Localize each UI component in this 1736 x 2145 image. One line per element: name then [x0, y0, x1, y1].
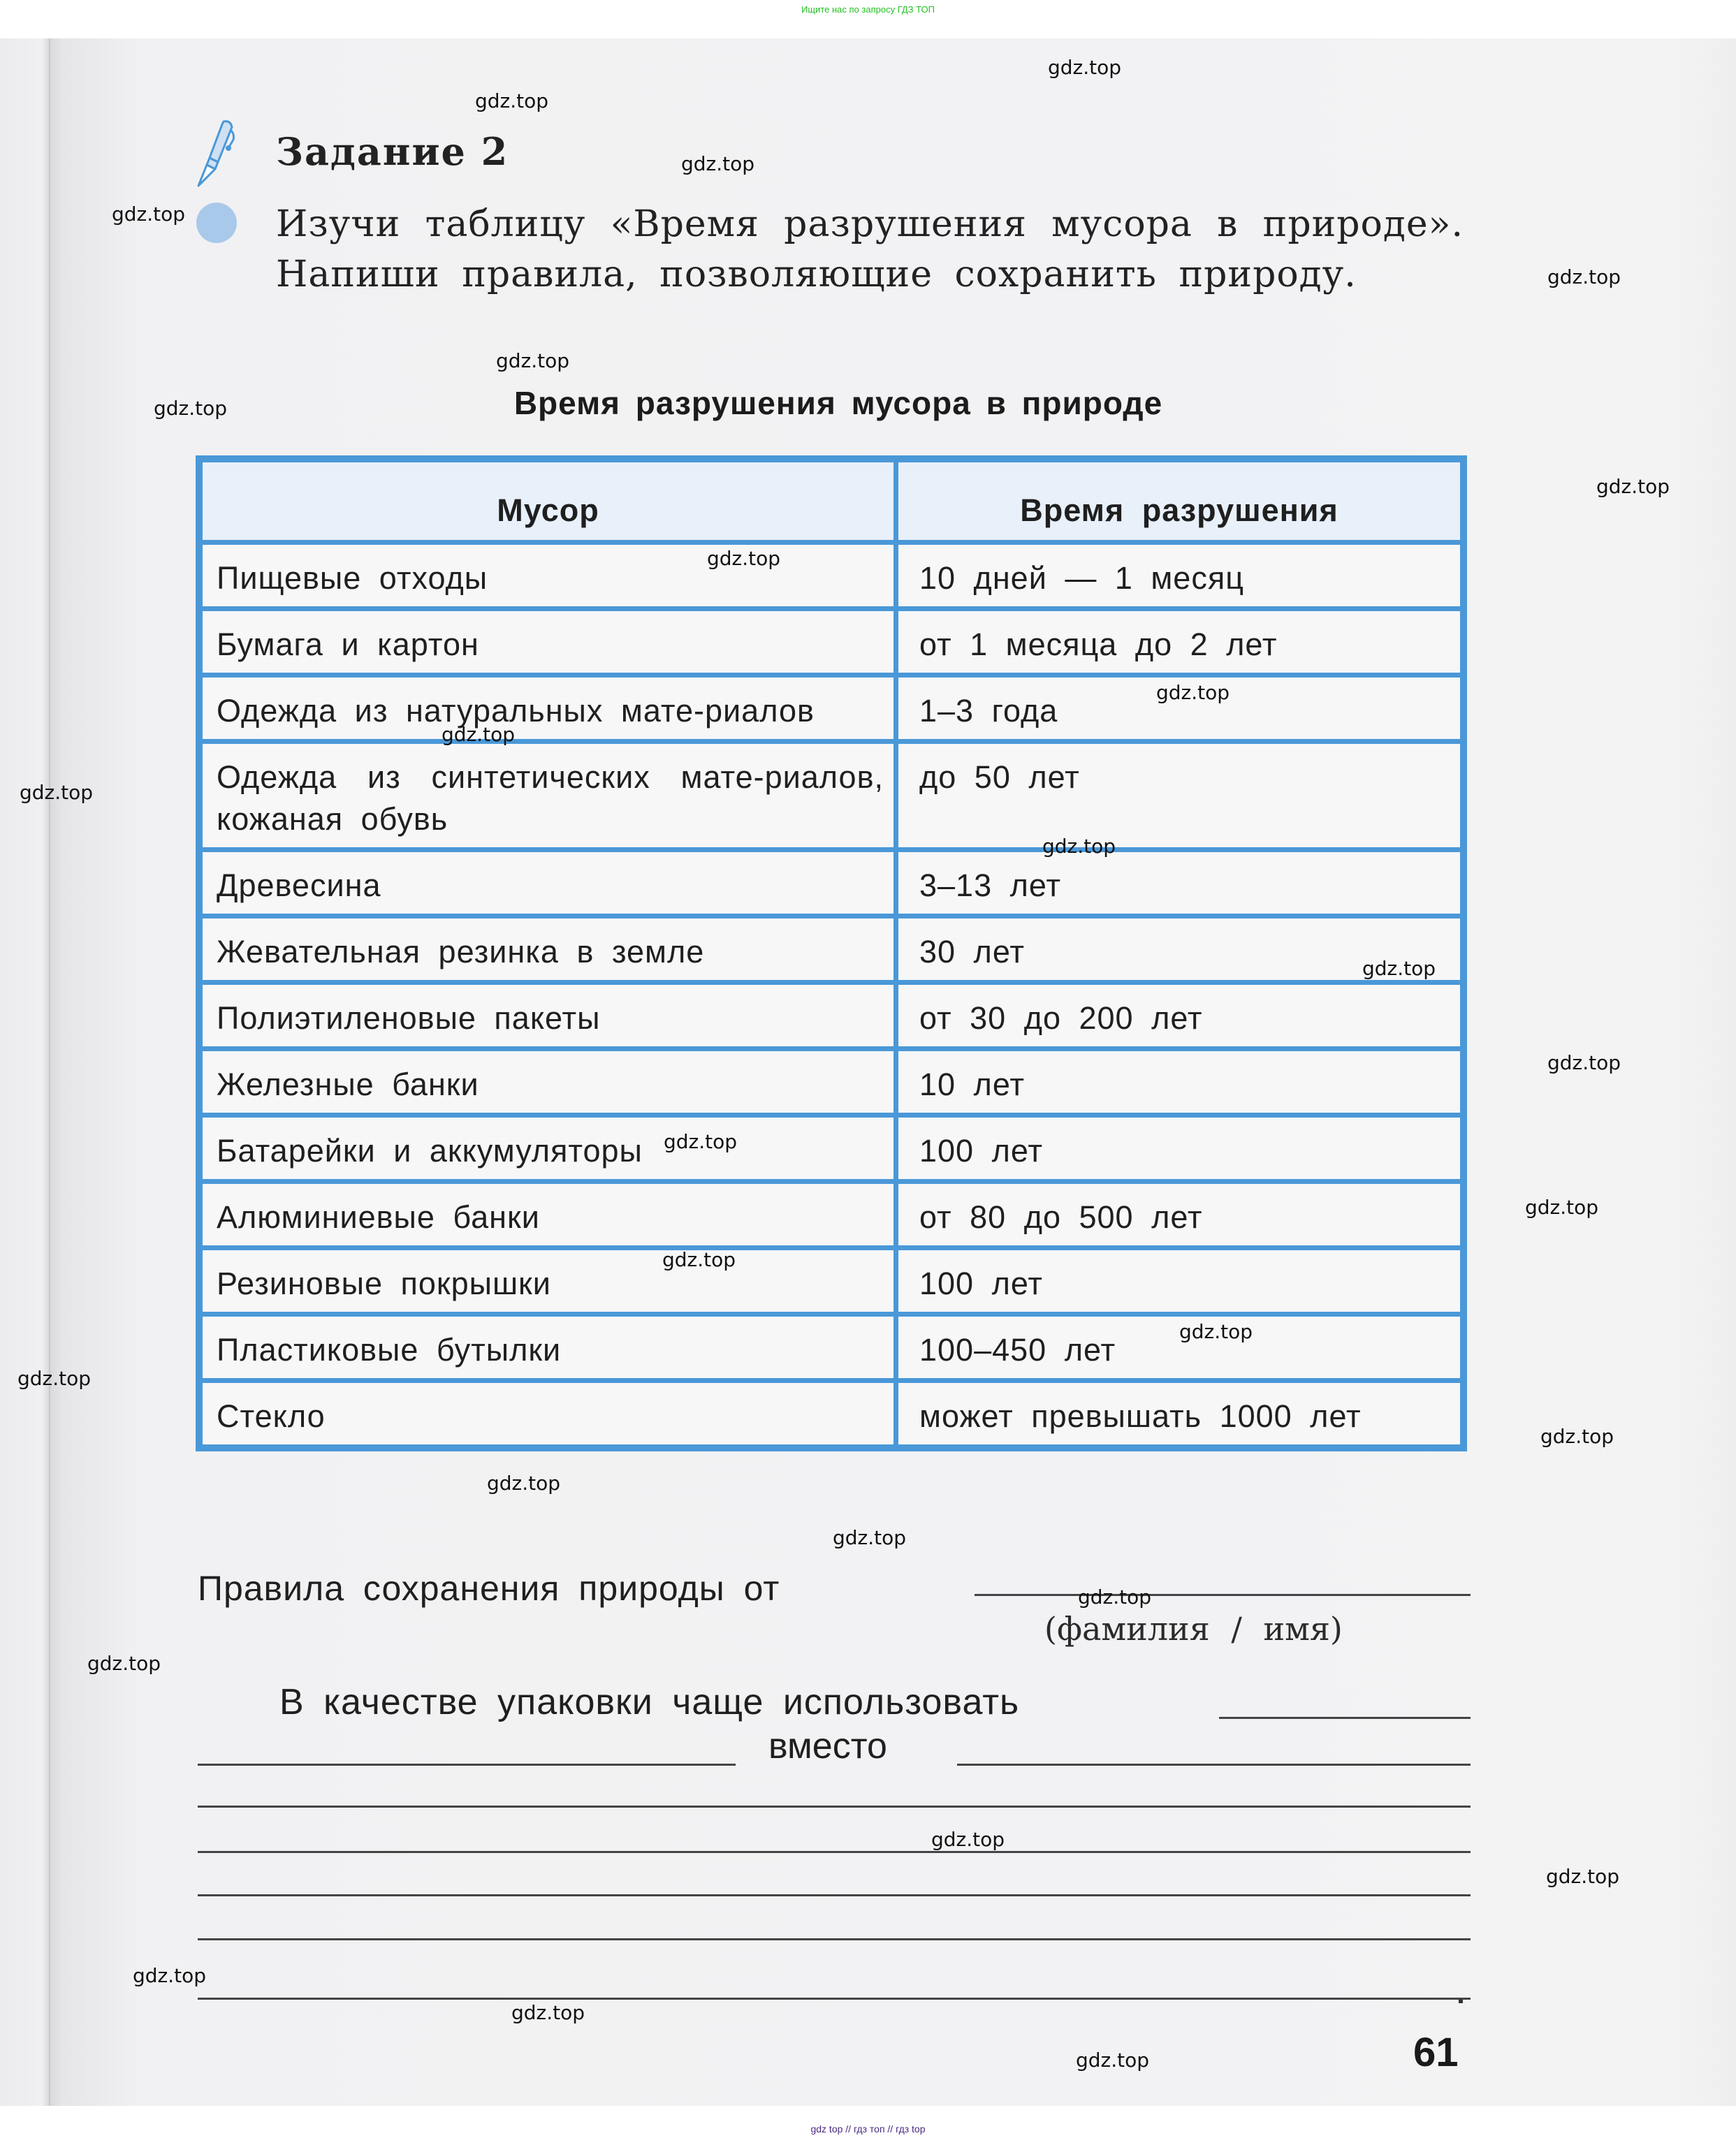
watermark-text: gdz.top	[17, 1367, 91, 1390]
watermark-text: gdz.top	[664, 1130, 737, 1153]
decomposition-time-cell: 10 дней — 1 месяц	[896, 543, 1464, 609]
name-field-caption: (фамилия / имя)	[1044, 1610, 1343, 1648]
table-header-row: Мусор Время разрушения	[199, 459, 1464, 543]
column-header-waste: Мусор	[199, 459, 896, 543]
watermark-text: gdz.top	[496, 349, 569, 372]
watermark-text: gdz.top	[1540, 1425, 1614, 1448]
watermark-text: gdz.top	[1547, 1051, 1621, 1074]
task-title: Задание 2	[276, 129, 509, 174]
table-caption: Время разрушения мусора в природе	[175, 384, 1502, 422]
page-gutter-shadow	[49, 38, 50, 2106]
table-row: Железные банки10 лет	[199, 1049, 1464, 1115]
watermark-text: gdz.top	[1362, 957, 1436, 980]
watermark-text: gdz.top	[442, 723, 515, 746]
waste-type-cell: Стекло	[199, 1381, 896, 1449]
watermark-text: gdz.top	[1042, 835, 1116, 858]
waste-decomposition-table: Мусор Время разрушения Пищевые отходы10 …	[196, 455, 1467, 1451]
answer-line[interactable]	[198, 1938, 1471, 1940]
decomposition-time-cell: от 80 до 500 лет	[896, 1182, 1464, 1248]
waste-type-cell: Железные банки	[199, 1049, 896, 1115]
watermark-text: gdz.top	[133, 1964, 206, 1987]
decomposition-time-cell: 10 лет	[896, 1049, 1464, 1115]
waste-type-cell: Пищевые отходы	[199, 543, 896, 609]
waste-type-cell: Алюминиевые банки	[199, 1182, 896, 1248]
watermark-text: gdz.top	[1076, 2049, 1149, 2072]
packaging-use-blank[interactable]	[1219, 1717, 1471, 1719]
waste-type-cell: Жевательная резинка в земле	[199, 916, 896, 983]
waste-type-cell: Пластиковые бутылки	[199, 1315, 896, 1381]
table-row: Полиэтиленовые пакетыот 30 до 200 лет	[199, 983, 1464, 1049]
packaging-use-blank-continued[interactable]	[198, 1764, 736, 1766]
watermark-text: gdz.top	[1078, 1586, 1151, 1609]
watermark-text: gdz.top	[475, 89, 548, 112]
rule-sentence-instead: вместо	[768, 1725, 887, 1767]
rule-sentence-start: В качестве упаковки чаще использовать	[279, 1681, 1019, 1723]
rules-heading: Правила сохранения природы от	[198, 1568, 780, 1609]
waste-type-cell: Одежда из синтетических мате-риалов, кож…	[199, 742, 896, 850]
decomposition-time-cell: 100 лет	[896, 1115, 1464, 1182]
waste-type-cell: Одежда из натуральных мате-риалов	[199, 675, 896, 742]
decomposition-time-cell: от 30 до 200 лет	[896, 983, 1464, 1049]
table-row: Стекломожет превышать 1000 лет	[199, 1381, 1464, 1449]
watermark-text: gdz.top	[487, 1472, 560, 1495]
table-row: Древесина3–13 лет	[199, 850, 1464, 916]
table-row: Жевательная резинка в земле30 лет	[199, 916, 1464, 983]
watermark-text: gdz.top	[1156, 681, 1230, 704]
decomposition-time-cell: 100 лет	[896, 1248, 1464, 1315]
waste-type-cell: Древесина	[199, 850, 896, 916]
watermark-text: gdz.top	[1596, 475, 1670, 498]
watermark-text: gdz.top	[1179, 1320, 1253, 1343]
page-number: 61	[1413, 2029, 1459, 2076]
table-row: Одежда из синтетических мате-риалов, кож…	[199, 742, 1464, 850]
watermark-text: gdz.top	[154, 397, 227, 420]
waste-type-cell: Батарейки и аккумуляторы	[199, 1115, 896, 1182]
task-instructions: Изучи таблицу «Время разрушения мусора в…	[276, 199, 1464, 300]
decomposition-time-cell: может превышать 1000 лет	[896, 1381, 1464, 1449]
watermark-text: gdz.top	[931, 1828, 1005, 1851]
column-header-time: Время разрушения	[896, 459, 1464, 543]
table-row: Резиновые покрышки100 лет	[199, 1248, 1464, 1315]
bottom-watermark-banner: gdz top // гдз топ // гдз top	[0, 2123, 1736, 2135]
waste-type-cell: Полиэтиленовые пакеты	[199, 983, 896, 1049]
blue-dot-icon	[196, 203, 237, 243]
table-row: Алюминиевые банкиот 80 до 500 лет	[199, 1182, 1464, 1248]
table-row: Одежда из натуральных мате-риалов1–3 год…	[199, 675, 1464, 742]
watermark-text: gdz.top	[20, 781, 93, 804]
watermark-text: gdz.top	[511, 2001, 585, 2024]
answer-line[interactable]	[198, 1851, 1471, 1853]
waste-type-cell: Резиновые покрышки	[199, 1248, 896, 1315]
answer-line[interactable]	[198, 1998, 1471, 2000]
watermark-text: gdz.top	[87, 1652, 161, 1675]
name-input-line[interactable]	[975, 1594, 1471, 1596]
decomposition-time-cell: от 1 месяца до 2 лет	[896, 609, 1464, 675]
table-row: Бумага и картонот 1 месяца до 2 лет	[199, 609, 1464, 675]
watermark-text: gdz.top	[112, 203, 185, 226]
watermark-text: gdz.top	[833, 1526, 906, 1549]
decomposition-time-cell: 3–13 лет	[896, 850, 1464, 916]
watermark-text: gdz.top	[681, 152, 754, 175]
decomposition-time-cell: до 50 лет	[896, 742, 1464, 850]
answer-line[interactable]	[198, 1894, 1471, 1896]
table-row: Батарейки и аккумуляторы100 лет	[199, 1115, 1464, 1182]
watermark-text: gdz.top	[662, 1248, 736, 1271]
watermark-text: gdz.top	[1546, 1865, 1619, 1888]
watermark-text: gdz.top	[1547, 265, 1621, 288]
answer-line[interactable]	[198, 1806, 1471, 1808]
pen-icon	[194, 119, 238, 189]
packaging-instead-blank[interactable]	[957, 1764, 1471, 1766]
end-period-mark	[1459, 1999, 1463, 2003]
top-search-banner[interactable]: Ищите нас по запросу ГДЗ ТОП	[0, 4, 1736, 15]
table-row: Пластиковые бутылки100–450 лет	[199, 1315, 1464, 1381]
waste-type-cell: Бумага и картон	[199, 609, 896, 675]
watermark-text: gdz.top	[707, 547, 780, 570]
watermark-text: gdz.top	[1048, 56, 1121, 79]
table-row: Пищевые отходы10 дней — 1 месяц	[199, 543, 1464, 609]
watermark-text: gdz.top	[1525, 1196, 1598, 1219]
